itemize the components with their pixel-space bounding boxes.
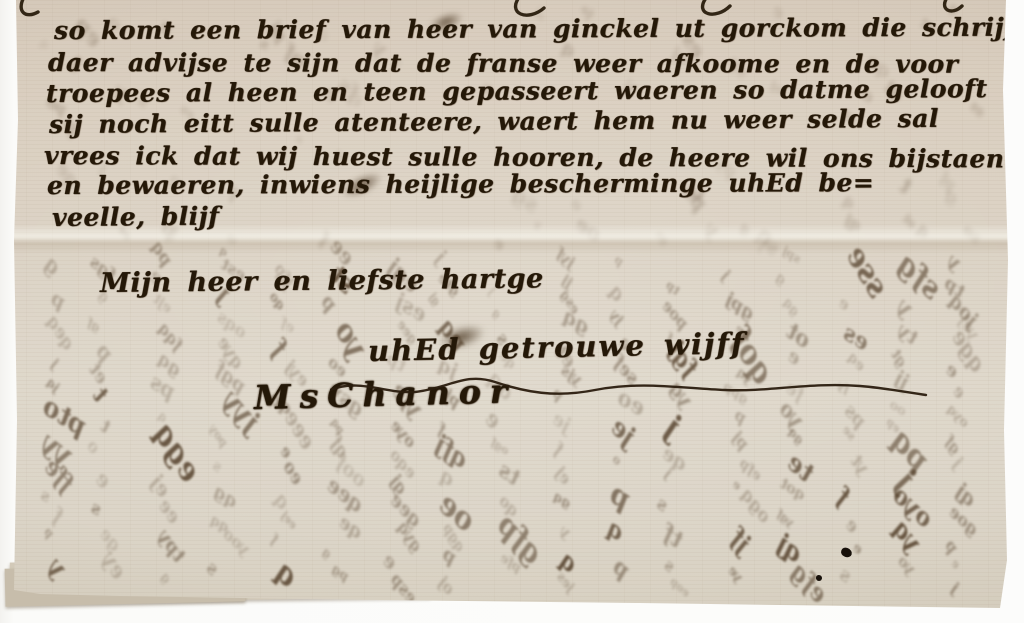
- letter-sheet: egggsgseopsyfsqsygoespeoftfqesgqjjyjsots…: [0, 0, 1024, 623]
- scan-background: egggsgseopsyfsqsygoespeoftfqesgqjjyjsots…: [0, 0, 1024, 623]
- letter-line: veelle, blijf: [52, 202, 220, 232]
- ink-spot: [816, 575, 822, 581]
- signature-flourish: [330, 368, 930, 408]
- letter-line: en bewaeren, inwiens heijlige beschermin…: [47, 168, 874, 200]
- letter-line: so komt een brief van heer van ginckel u…: [54, 13, 1024, 45]
- letter-line: sij noch eitt sulle atenteere, waert hem…: [49, 104, 939, 139]
- letter-line: troepees al heen en teen gepasseert waer…: [46, 74, 988, 108]
- ink-spot: [840, 546, 853, 558]
- valediction-line: uhEd getrouwe wijff: [368, 326, 746, 368]
- salutation-line: Mijn heer en liefste hartge: [100, 263, 544, 299]
